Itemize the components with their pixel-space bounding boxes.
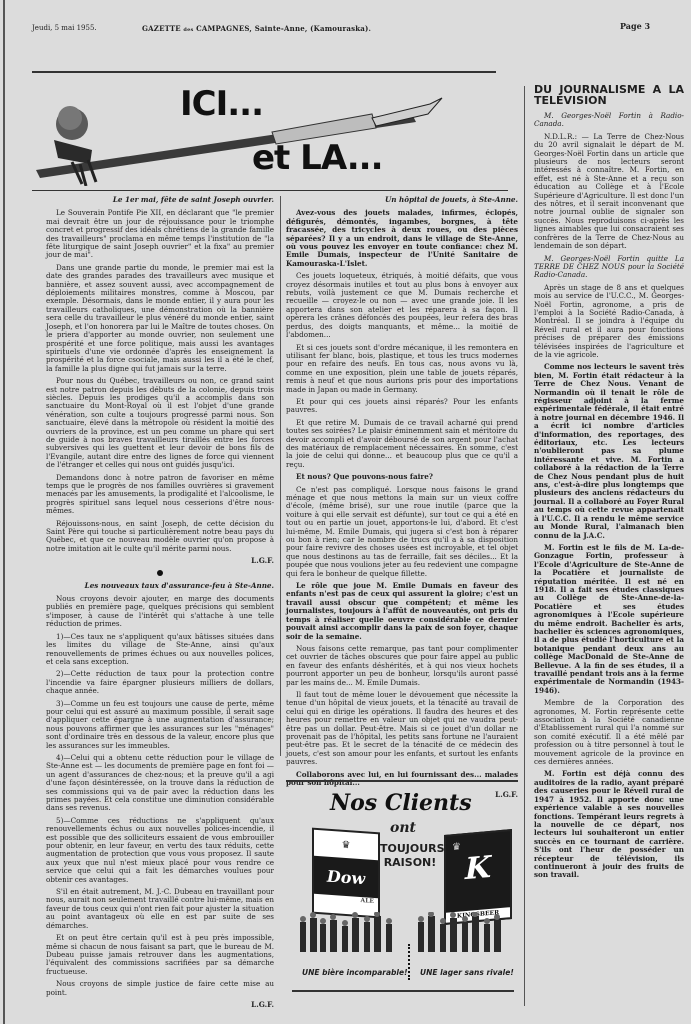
paragraph: M. Fortin est le fils de M. La-de-Gonzag… — [534, 544, 684, 695]
ici-et-la-banner: ICI... et LA... — [32, 74, 508, 186]
paragraph: Le rôle que joue M. Emile Dumais en fave… — [286, 582, 518, 641]
paragraph: Avez-vous des jouets malades, infirmes, … — [286, 209, 518, 268]
issue-date: Jeudi, 5 mai 1955. — [32, 24, 142, 32]
column-middle: Un hôpital de jouets, à Ste-Anne. Avez-v… — [286, 196, 518, 804]
beer-advertisement: Nos Clients ont ♛ Dow ALE TOUJOURS RAISO… — [290, 786, 514, 996]
paragraph: 5)—Comme ces réductions ne s'appliquent … — [46, 817, 274, 884]
page-header: Jeudi, 5 mai 1955. GAZETTE des CAMPAGNES… — [32, 20, 496, 36]
paragraph: Nous croyons devoir ajouter, en marge de… — [46, 595, 274, 629]
paragraph: M. Fortin est déjà connu des auditoires … — [534, 770, 684, 879]
signature: L.G.F. — [46, 557, 274, 565]
ad-headline: Nos Clients — [330, 790, 472, 816]
paragraph: Et que retire M. Dumais de ce travail ac… — [286, 419, 518, 469]
paragraph: Pour nous du Québec, travailleurs ou non… — [46, 377, 274, 469]
column-left: Le 1er mai, fête de saint Joseph ouvrier… — [46, 196, 274, 1013]
paragraph: Après un stage de 8 ans et quelques mois… — [534, 284, 684, 360]
dow-tagline: UNE bière incomparable! — [302, 968, 407, 977]
ad-top-rule — [286, 780, 518, 782]
paragraph: 4)—Celui qui a obtenu cette réduction po… — [46, 754, 274, 813]
paragraph: Réjouissons-nous, en saint Joseph, de ce… — [46, 520, 274, 554]
newspaper-name: GAZETTE des CAMPAGNES, Sainte-Anne, (Kam… — [142, 24, 496, 33]
signature: L.G.F. — [46, 1001, 274, 1009]
dow-logo: Dow — [314, 856, 378, 898]
article-title: Le 1er mai, fête de saint Joseph ouvrier… — [46, 196, 274, 204]
paragraph: Demandons donc à notre patron de favoris… — [46, 474, 274, 516]
banner-ici: ICI... — [180, 84, 263, 124]
paragraph: 3)—Comme un feu est toujours une cause d… — [46, 700, 274, 750]
paragraph: 1)—Ces taux ne s'appliquent qu'aux bâtis… — [46, 633, 274, 667]
article-title: Un hôpital de jouets, à Ste-Anne. — [286, 196, 518, 204]
page-number: Page 3 — [620, 21, 650, 31]
bullet-separator — [157, 570, 163, 576]
page-edge — [3, 0, 5, 1024]
paragraph: Et on peut être certain qu'il est à peu … — [46, 934, 274, 976]
paragraph: Le Souverain Pontife Pie XII, en déclara… — [46, 209, 274, 259]
ad-ont: ont — [390, 820, 416, 836]
paragraph: Membre de la Corporation des agronomes, … — [534, 699, 684, 766]
paragraph: S'il en était autrement, M. J.-C. Dubeau… — [46, 888, 274, 930]
column-divider — [280, 196, 281, 756]
paragraph: Nous faisons cette remarque, pas tant po… — [286, 645, 518, 687]
article-title: Les nouveaux taux d'assurance-feu à Ste-… — [46, 582, 274, 590]
kingsbeer-logo: K — [446, 848, 510, 890]
paragraph: Collaborons avec lui, en lui fournissant… — [286, 771, 518, 788]
column-divider — [524, 86, 525, 1006]
kingsbeer-tagline: UNE lager sans rivale! — [420, 968, 514, 977]
crowd-illustration-icon — [298, 912, 508, 956]
dow-ale-sign: ♛ Dow ALE — [312, 828, 380, 919]
paragraph: Et si ces jouets sont d'ordre mécanique,… — [286, 344, 518, 394]
header-rule — [32, 71, 496, 73]
section-heading: DU JOURNALISME A LA TELEVISION — [534, 84, 684, 106]
subheading: M. Georges-Noël Fortin quitte La TERRE D… — [534, 255, 684, 280]
ad-divider-dots — [408, 944, 412, 980]
ad-slogan: TOUJOURS RAISON! — [380, 842, 440, 870]
paragraph: Ces jouets loqueteux, étriqués, à moitié… — [286, 272, 518, 339]
paragraph: Et nous? Que pouvons-nous faire? — [286, 473, 518, 481]
paragraph: Ce n'est pas compliqué. Lorsque nous fai… — [286, 486, 518, 578]
banner-rule — [32, 190, 508, 191]
paragraph: Dans une grande partie du monde, le prem… — [46, 264, 274, 373]
paragraph: Comme nos lecteurs le savent très bien, … — [534, 363, 684, 540]
paragraph: Il faut tout de même louer le dévouement… — [286, 691, 518, 767]
banner-et-la: et LA... — [252, 138, 383, 178]
kingsbeer-sign: ♛ K KINGSBEER — [444, 829, 512, 925]
paragraph: 2)—Cette réduction de taux pour la prote… — [46, 670, 274, 695]
subheading: M. Georges-Noël Fortin à Radio-Canada. — [534, 112, 684, 129]
paragraph: N.D.L.R.: — La Terre de Chez-Nous du 20 … — [534, 133, 684, 251]
column-right: DU JOURNALISME A LA TELEVISION M. George… — [534, 84, 684, 884]
paragraph: Et pour qui ces jouets ainsi réparés? Po… — [286, 398, 518, 415]
paragraph: Nous croyons de simple justice de faire … — [46, 980, 274, 997]
ad-bottom-rule — [292, 990, 514, 992]
